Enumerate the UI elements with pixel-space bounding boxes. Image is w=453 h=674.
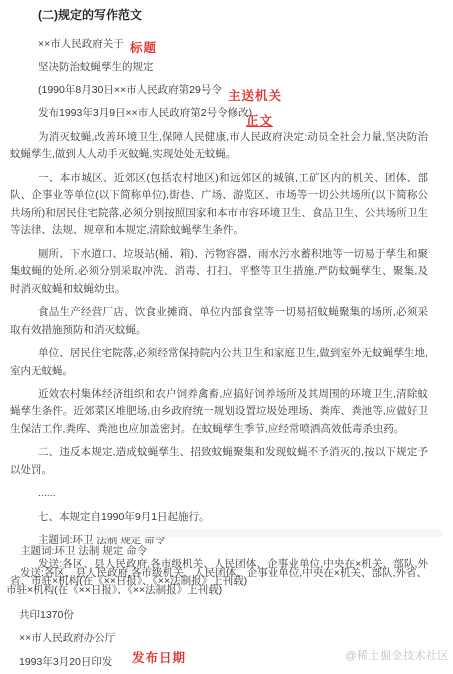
doc-copies-line: 共印1370份 xyxy=(19,607,427,625)
document-scan-1: (二)规定的写作范文 ××市人民政府关于 坚决防治蚊蝇孳生的规定 (1990年8… xyxy=(10,0,428,591)
annotation-title: 标题 xyxy=(130,42,157,55)
doc-paragraph: 二、违反本规定,造成蚊蝇孳生、招致蚊蝇聚集和发现蚊蝇不予消灭的,按以下规定予以处… xyxy=(10,444,428,479)
doc-paragraph: 单位、居民住宅院落,必须经常保持院内公共卫生和家庭卫生,做到室外无蚊蝇孳生地,室… xyxy=(10,345,428,380)
doc-paragraph: 一、本市城区、近郊区(包括农村地区)和远郊区的城镇,工矿区内的机关、团体、部队、… xyxy=(10,170,428,240)
doc-send-line: 发送:各区、县人民政府,各市级机关、人民团体、企事业单位,中央在×机关、部队,外… xyxy=(6,565,427,600)
article-page: (二)规定的写作范文 ××市人民政府关于 坚决防治蚊蝇孳生的规定 (1990年8… xyxy=(0,0,453,674)
doc-paragraph: 七、本规定自1990年9月1日起施行。 xyxy=(10,509,428,527)
section-heading: (二)规定的写作范文 xyxy=(38,8,428,23)
doc-decree-line: 发布1993年3月9日××市人民政府第2号令修改) xyxy=(38,105,428,123)
doc-paragraph: 近效农村集体经济组织和农户饲养禽畜,应搞好饲养场所及其周围的环境卫生,清除蚊蝇孳… xyxy=(10,386,428,439)
annotation-main-recipient: 主送机关 xyxy=(228,90,282,103)
annotation-publish-date: 发布日期 xyxy=(132,652,186,665)
doc-subject-line: 主题词:环卫 法制 规定 命令 xyxy=(20,543,427,561)
doc-title-line: ××市人民政府关于 xyxy=(38,36,428,54)
doc-paragraph: 厕所、下水道口、垃圾站(桶、箱)、污物容器、雨水污水蓄积地等一切易于孳生和聚集蚊… xyxy=(10,246,428,299)
doc-office-line: ××市人民政府办公厅 xyxy=(19,630,427,648)
doc-paragraph: 为消灭蚊蝇,改善环境卫生,保障人民健康,市人民政府决定:动员全社会力量,坚决防治… xyxy=(10,129,428,164)
doc-title-line: 坚决防治蚊蝇孳生的规定 xyxy=(38,59,428,77)
annotation-body: 正文 xyxy=(246,115,273,128)
doc-paragraph: 食品生产经营厂店、饮食业摊商、单位内部食堂等一切易招蚊蝇聚集的场所,必须采取有效… xyxy=(10,304,428,339)
watermark: @稀土掘金技术社区 xyxy=(345,650,449,663)
doc-ellipsis-line: ...... xyxy=(10,485,428,503)
